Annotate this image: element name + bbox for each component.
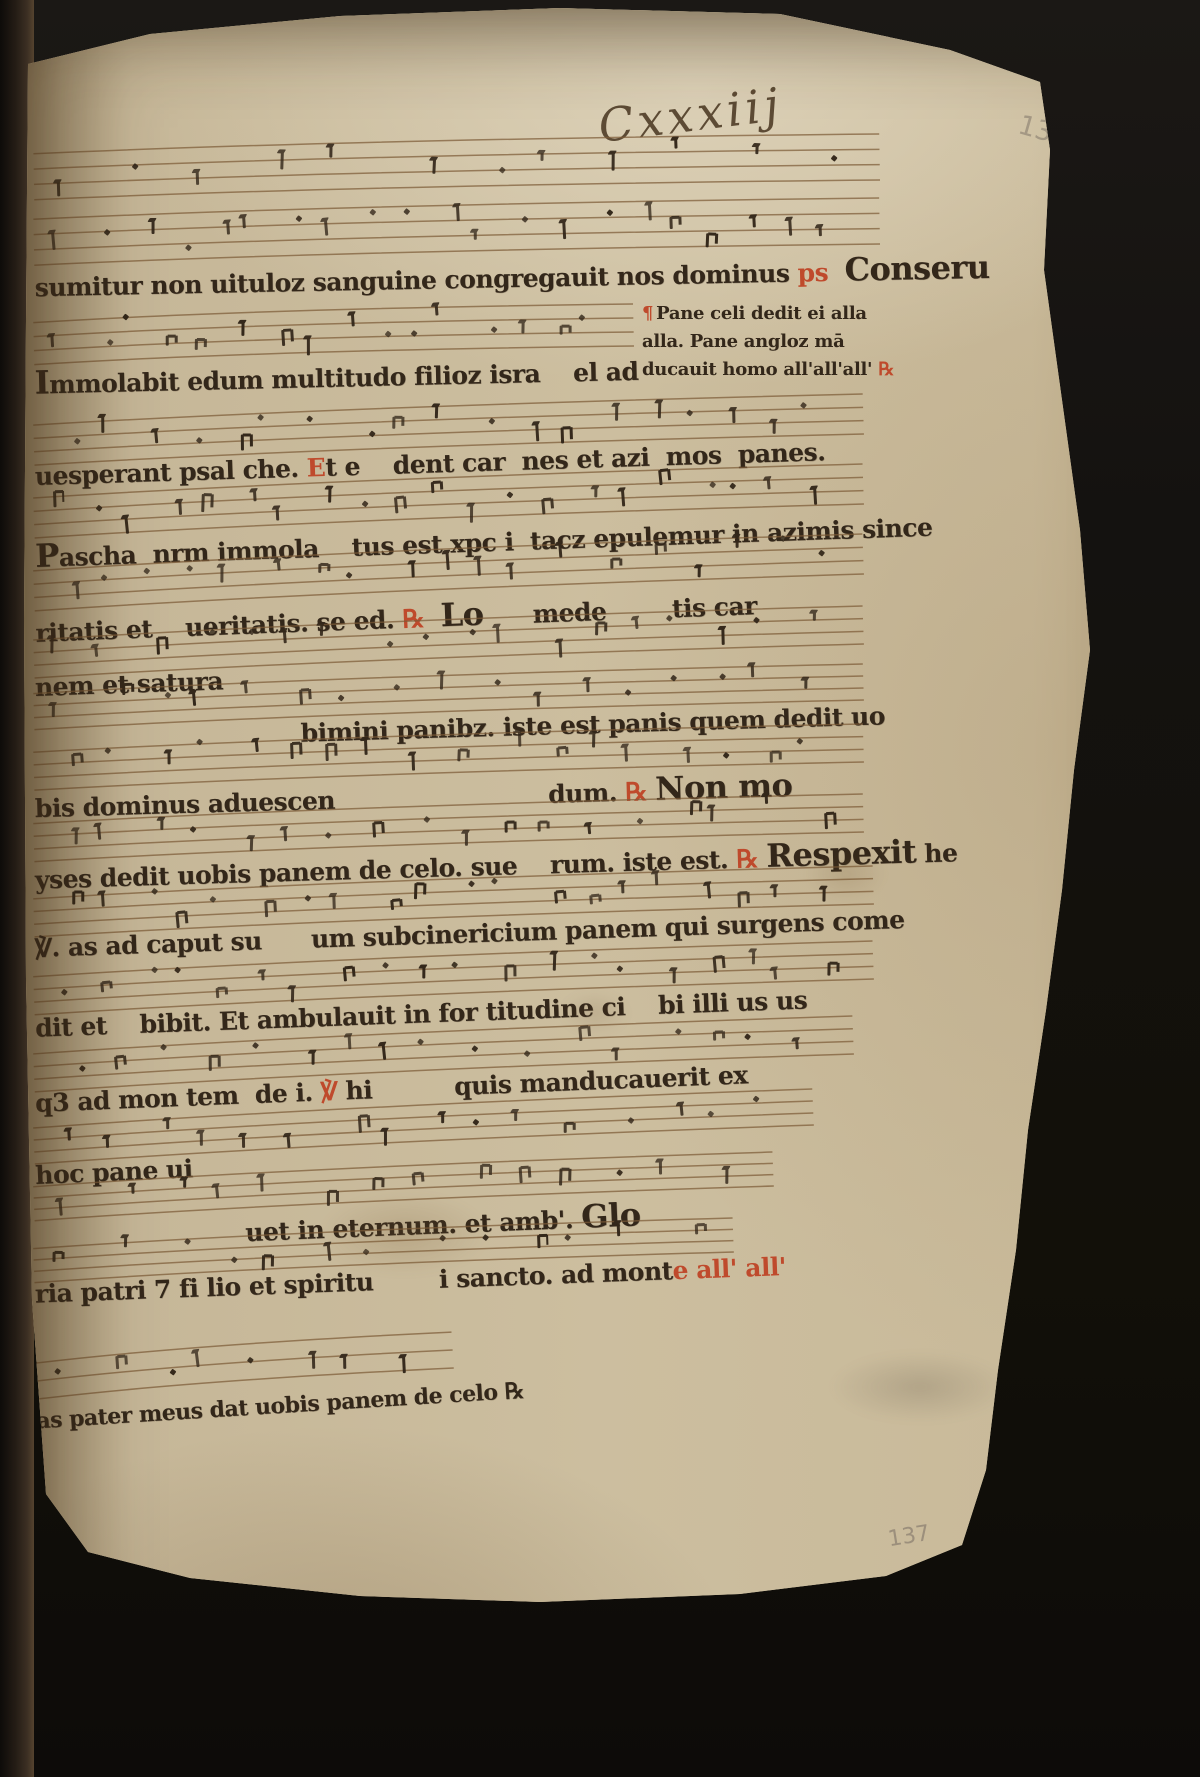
neume-mark xyxy=(53,1252,56,1262)
neume-mark xyxy=(432,159,436,174)
neume-mark xyxy=(518,1167,522,1183)
rubric-text-run: ps xyxy=(797,258,828,288)
neume-mark xyxy=(319,624,322,636)
neume-mark xyxy=(71,754,75,766)
neume-mark xyxy=(594,487,597,497)
neume-mark xyxy=(445,552,449,570)
neume-mark xyxy=(621,882,624,893)
neume-mark xyxy=(559,326,562,335)
neume-mark xyxy=(156,637,160,654)
neume-mark xyxy=(818,226,821,236)
neume-mark xyxy=(241,321,244,335)
neume-mark xyxy=(465,831,468,845)
neume-mark xyxy=(151,220,154,234)
rubric-text-run: ℣ xyxy=(320,1077,338,1107)
neume-mark xyxy=(824,813,828,829)
neume-mark xyxy=(473,231,476,240)
neume-mark xyxy=(710,807,713,822)
music-system: sumitur non uituloz sanguine congregauit… xyxy=(33,192,881,310)
neume-mark xyxy=(384,1130,387,1146)
neume-mark xyxy=(194,339,197,350)
neume-mark xyxy=(751,664,754,677)
neume-mark xyxy=(455,205,459,221)
neume-mark xyxy=(554,891,558,903)
neume-mark xyxy=(536,693,539,706)
neume-mark xyxy=(94,645,98,657)
neume-mark xyxy=(610,559,613,569)
neume-mark xyxy=(705,233,709,247)
neume-mark xyxy=(286,1135,290,1148)
neume-mark xyxy=(392,417,395,429)
neume-mark xyxy=(53,491,57,507)
neume-mark xyxy=(725,1168,728,1184)
neume-mark xyxy=(160,818,163,829)
neume-mark xyxy=(697,566,700,577)
neume-mark xyxy=(563,1123,566,1133)
neume-mark xyxy=(115,1356,119,1369)
neume-mark xyxy=(615,405,618,421)
neume-mark xyxy=(72,892,75,905)
neume-mark xyxy=(214,1185,218,1198)
neume-mark xyxy=(183,1179,186,1188)
neume-mark xyxy=(122,684,125,695)
marginal-note: ¶Pane celi dedit ei alla alla. Pane angl… xyxy=(642,300,934,384)
neume-mark xyxy=(827,963,830,976)
neume-mark xyxy=(537,1235,540,1248)
neume-mark xyxy=(517,730,520,747)
neume-mark xyxy=(166,336,169,346)
neume-mark xyxy=(131,1185,134,1194)
neume-mark xyxy=(262,1256,265,1271)
neume-mark xyxy=(556,748,560,757)
neume-mark xyxy=(372,1178,375,1190)
rubric-text-run: e all' all' xyxy=(672,1252,787,1285)
neume-mark xyxy=(208,1055,211,1070)
neume-mark xyxy=(106,1136,109,1147)
neume-mark xyxy=(178,500,182,514)
neume-mark xyxy=(732,409,735,423)
neume-mark xyxy=(658,1161,661,1175)
neume-mark xyxy=(822,888,825,902)
neume-mark xyxy=(795,1039,799,1049)
neume-mark xyxy=(275,507,279,520)
neume-mark xyxy=(615,1050,618,1061)
neume-mark xyxy=(327,1191,330,1206)
neume-mark xyxy=(280,152,284,170)
neume-mark xyxy=(440,673,443,690)
text-run: mmolabit edum multitudo filioz isra el a… xyxy=(49,357,639,399)
neume-mark xyxy=(694,1224,697,1234)
neume-mark xyxy=(52,704,55,717)
neume-mark xyxy=(620,489,624,506)
neume-mark xyxy=(167,751,170,764)
neume-mark xyxy=(422,966,425,978)
neume-mark xyxy=(252,490,256,501)
pencil-folio-bottom: 137 xyxy=(886,1521,931,1552)
neume-mark xyxy=(773,969,777,980)
neume-mark xyxy=(264,901,268,917)
neume-mark xyxy=(307,338,310,356)
text-run: he xyxy=(916,838,958,868)
neume-mark xyxy=(552,952,556,970)
responsory-mark-icon: ℞ xyxy=(878,359,894,380)
neume-mark xyxy=(535,423,539,441)
neume-mark xyxy=(57,181,60,196)
marginal-note-line: ¶Pane celi dedit ei alla xyxy=(642,300,934,328)
neume-mark xyxy=(479,1165,482,1179)
neume-mark xyxy=(470,505,473,523)
neume-mark xyxy=(50,637,53,653)
neume-mark xyxy=(195,171,198,185)
stain xyxy=(830,1352,1010,1422)
neume-mark xyxy=(679,1104,683,1116)
paragraph-mark-icon: ¶ xyxy=(642,303,653,324)
neume-mark xyxy=(260,1175,264,1191)
neume-mark xyxy=(311,1052,314,1065)
text-run: ℞ xyxy=(504,1378,525,1405)
text-run xyxy=(828,258,845,287)
neume-mark xyxy=(215,988,219,999)
neume-mark xyxy=(772,421,775,434)
neume-mark xyxy=(220,565,223,582)
neume-mark xyxy=(350,313,354,326)
neume-mark xyxy=(522,321,525,333)
neume-mark xyxy=(752,216,756,227)
text-run: sumitur non uituloz sanguine congregauit… xyxy=(34,259,797,303)
neume-mark xyxy=(411,1174,415,1186)
text-run: Conseru xyxy=(844,248,990,289)
neume-mark xyxy=(390,900,394,910)
neume-mark xyxy=(514,1111,517,1121)
neume-mark xyxy=(411,562,415,577)
neume-mark xyxy=(689,801,692,815)
neume-mark xyxy=(770,751,773,762)
neume-mark xyxy=(540,152,543,161)
neume-mark xyxy=(773,886,776,897)
neume-mark xyxy=(357,1115,361,1132)
neume-mark xyxy=(755,145,758,155)
neume-mark xyxy=(457,749,460,761)
neume-mark xyxy=(670,217,673,229)
neume-mark xyxy=(586,679,589,692)
neume-mark xyxy=(261,972,264,981)
neume-mark xyxy=(735,536,738,548)
neume-mark xyxy=(559,1168,562,1185)
neume-mark xyxy=(332,895,335,909)
neume-mark xyxy=(343,1356,346,1369)
neume-mark xyxy=(538,822,541,832)
neume-mark xyxy=(241,1134,244,1147)
neume-mark xyxy=(281,330,285,346)
neume-mark xyxy=(592,732,595,747)
neume-mark xyxy=(291,987,294,1002)
neume-mark xyxy=(430,482,434,493)
neume-mark xyxy=(673,970,676,984)
neume-mark xyxy=(504,822,507,833)
neume-mark xyxy=(290,743,294,759)
neume-mark xyxy=(100,982,104,992)
neume-mark xyxy=(504,965,507,981)
neume-mark xyxy=(578,1027,582,1042)
neume-mark xyxy=(812,612,815,621)
neume-mark xyxy=(589,896,593,906)
neume-mark xyxy=(325,744,329,761)
music-system: as pater meus dat uobis panem de celo ℞ xyxy=(32,1326,457,1444)
neume-mark xyxy=(737,893,741,908)
neume-mark xyxy=(241,434,244,450)
neume-mark xyxy=(587,824,591,834)
neume-mark xyxy=(318,564,321,573)
neume-mark xyxy=(686,749,690,763)
music-system: Immolabit edum multitudo filioz isra el … xyxy=(33,298,635,410)
neume-mark xyxy=(804,679,807,689)
neume-mark xyxy=(434,305,438,316)
manuscript-photo: Cxxxiij 137 137 sumitur non uituloz sang… xyxy=(0,0,1200,1777)
neume-mark xyxy=(509,564,513,579)
neume-mark xyxy=(788,218,792,235)
neume-mark xyxy=(250,837,253,851)
neume-mark xyxy=(329,145,332,157)
neume-mark xyxy=(50,335,54,347)
neume-mark xyxy=(101,416,104,433)
text-run: I xyxy=(34,363,49,401)
neume-mark xyxy=(372,823,376,838)
neume-mark xyxy=(75,830,78,845)
marginal-note-line: ducauit homo all'all'all'℞ xyxy=(642,356,934,384)
neume-mark xyxy=(124,1236,127,1247)
neume-mark xyxy=(58,1199,62,1215)
marginal-note-line: alla. Pane angloz mā xyxy=(642,328,934,356)
neume-mark xyxy=(166,1119,169,1129)
neume-mark xyxy=(312,1352,315,1368)
neume-mark xyxy=(611,152,614,170)
neume-mark xyxy=(441,1113,444,1123)
neume-mark xyxy=(67,1129,71,1140)
neume-mark xyxy=(154,430,158,443)
